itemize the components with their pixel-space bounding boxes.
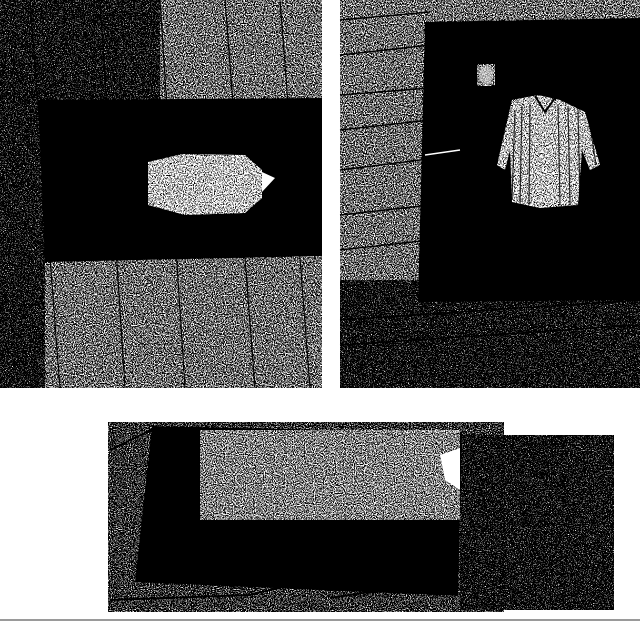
photo-top-left [0, 0, 322, 388]
photo-top-right [340, 0, 640, 388]
scanned-photo-sheet [0, 0, 640, 621]
photo-bottom [108, 422, 614, 612]
